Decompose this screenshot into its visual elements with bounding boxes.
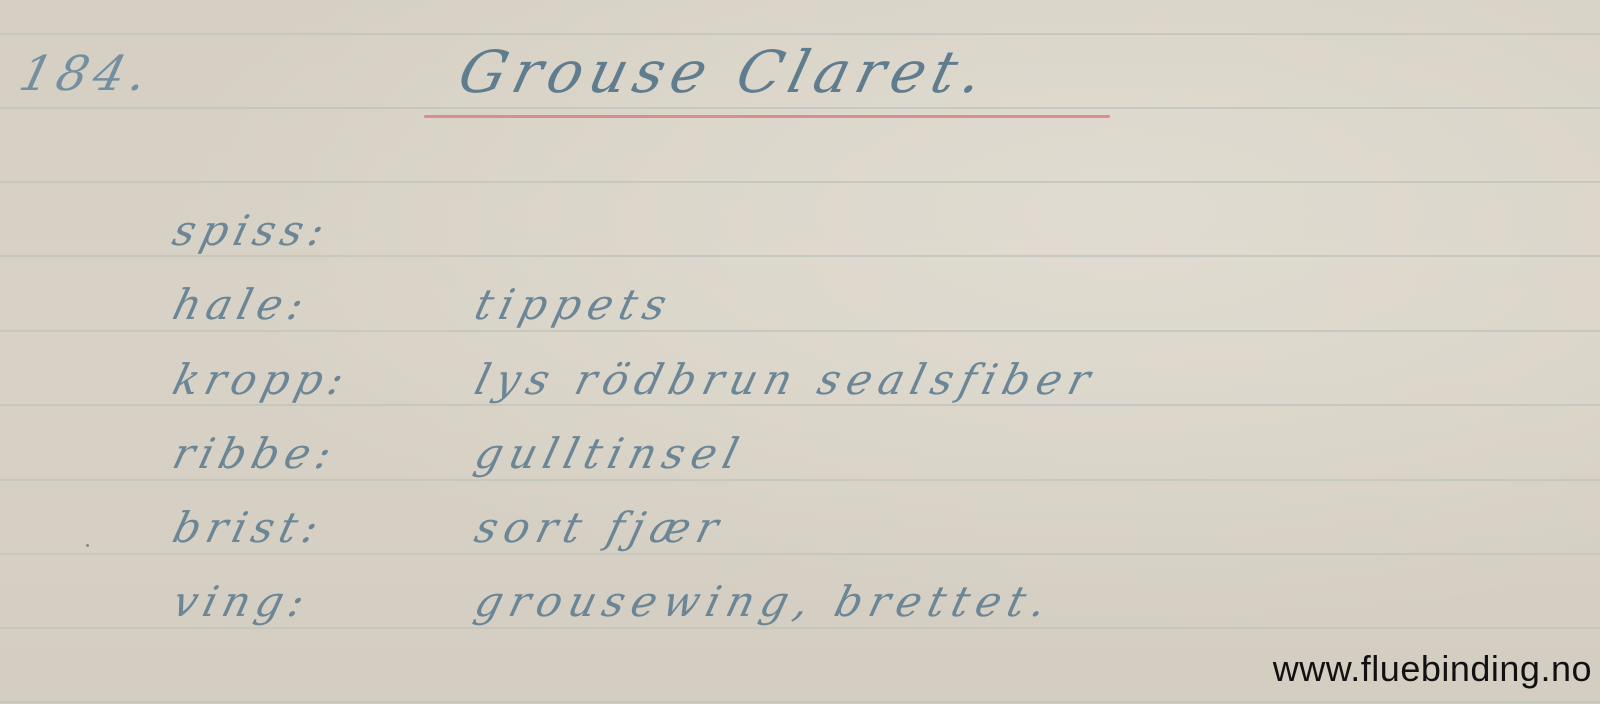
ruled-line	[0, 479, 1600, 481]
ruled-line	[0, 33, 1600, 35]
ink-speck	[86, 544, 89, 547]
website-watermark: www.fluebinding.no	[1273, 648, 1592, 690]
recipe-value: grousewing, brettet.	[470, 577, 1059, 626]
ruled-line	[0, 404, 1600, 406]
recipe-label: hale:	[168, 280, 315, 329]
notebook-page: 184. Grouse Claret. spiss: hale: tippets…	[0, 0, 1600, 704]
recipe-label: ving:	[168, 577, 315, 626]
entry-number: 184.	[14, 46, 159, 102]
ruled-line	[0, 181, 1600, 183]
ruled-line	[0, 701, 1600, 703]
ruled-line	[0, 255, 1600, 257]
recipe-value: gulltinsel	[470, 429, 750, 478]
ruled-line	[0, 330, 1600, 332]
recipe-value: sort fjær	[470, 503, 730, 552]
title-underline	[424, 115, 1110, 118]
recipe-value: lys rödbrun sealsfiber	[470, 355, 1102, 404]
recipe-label: brist:	[168, 503, 329, 552]
recipe-label: spiss:	[168, 206, 335, 255]
ruled-line	[0, 107, 1600, 109]
page-title: Grouse Claret.	[452, 38, 997, 106]
recipe-value: tippets	[470, 280, 679, 329]
ruled-line	[0, 627, 1600, 629]
recipe-label: kropp:	[168, 355, 355, 404]
recipe-label: ribbe:	[168, 429, 343, 478]
ruled-line	[0, 553, 1600, 555]
